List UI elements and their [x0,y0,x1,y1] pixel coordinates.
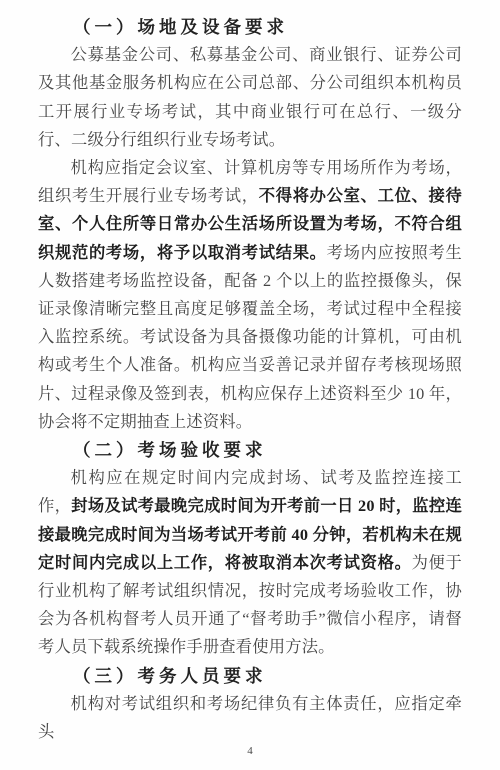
section-heading-2: （二）考场验收要求 [38,436,462,464]
body-text: 公募基金公司、私募基金公司、商业银行、证券公司及其他基金服务机构应在公司总部、分… [38,45,462,149]
paragraph: 机构应指定会议室、计算机房等专用场所作为考场，组织考生开展行业专场考试，不得将办… [38,154,462,436]
emphasized-text: 封场及试考最晚完成时间为开考前一日 20 时，监控连接最晚完成时间为当场考试开考… [38,496,462,571]
document-page: （一）场地及设备要求公募基金公司、私募基金公司、商业银行、证券公司及其他基金服务… [0,0,500,770]
page-number: 4 [0,745,500,757]
paragraph: 公募基金公司、私募基金公司、商业银行、证券公司及其他基金服务机构应在公司总部、分… [38,41,462,154]
document-body: （一）场地及设备要求公募基金公司、私募基金公司、商业银行、证券公司及其他基金服务… [38,13,462,746]
paragraph: 机构对考试组织和考场纪律负有主体责任，应指定牵头 [38,690,462,746]
paragraph: 机构应在规定时间内完成封场、试考及监控连接工作，封场及试考最晚完成时间为开考前一… [38,464,462,661]
section-heading-1: （一）场地及设备要求 [38,13,462,41]
body-text: 考场内应按照考生人数搭建考场监控设备，配备 2 个以上的监控摄像头，保证录像清晰… [38,243,462,431]
section-heading-3: （三）考务人员要求 [38,662,462,690]
body-text: 机构对考试组织和考场纪律负有主体责任，应指定牵头 [38,694,462,741]
